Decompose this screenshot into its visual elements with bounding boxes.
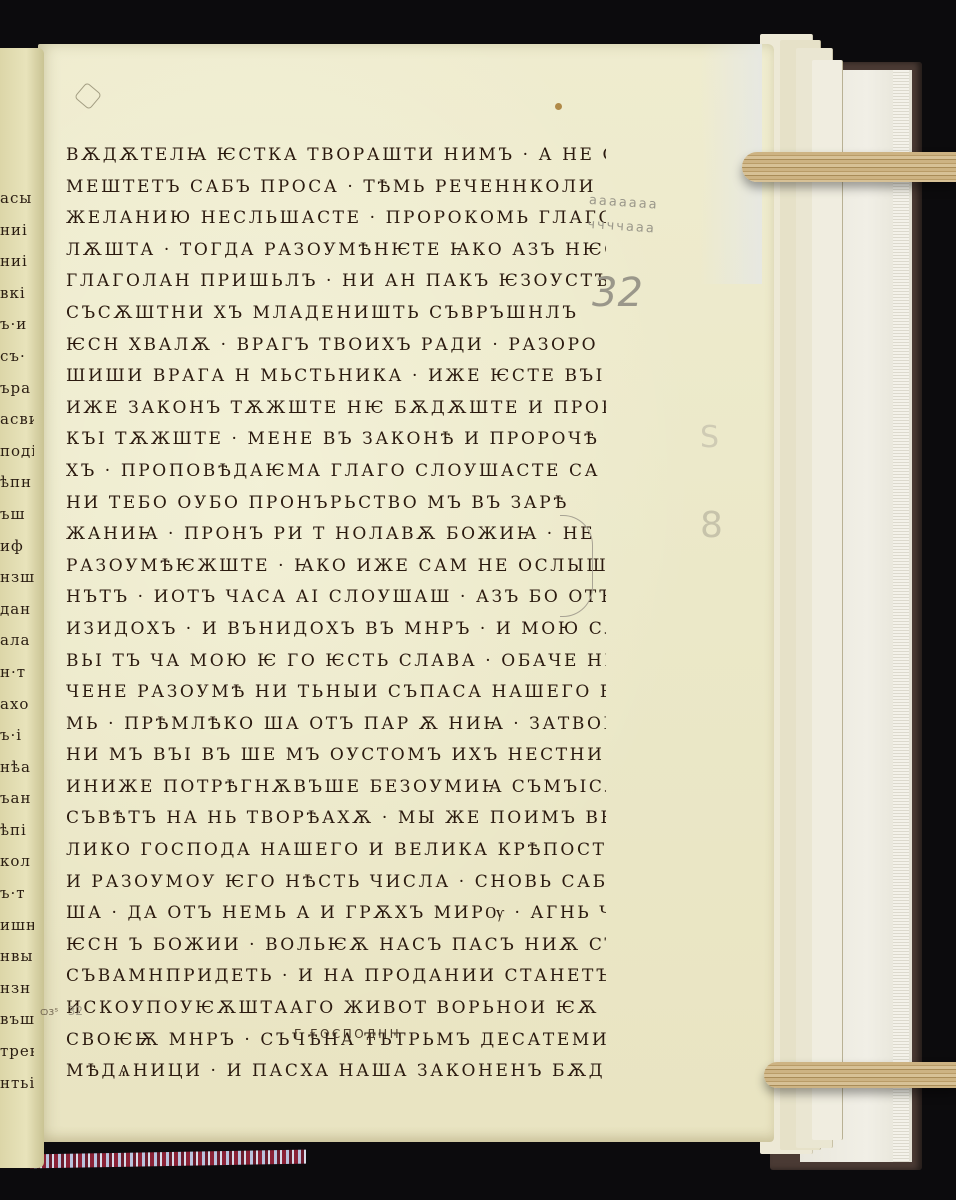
wooden-rod-bottom	[764, 1062, 956, 1088]
text-line: ни мъ въі въ ше мъ оустомъ ихъ нестни ѥѫ…	[66, 740, 606, 772]
marginal-ornament-drawing	[560, 515, 593, 617]
left-page-verso: асы ниі ниі вкі ъ·и съ· ъра асви поді ѣп…	[0, 48, 44, 1168]
text-line: хъ · проповѣдаѥма глаго слоушасте са ·	[66, 456, 606, 488]
text-line: ни тебо оубо пронърьство мъ въ зарѣ	[66, 488, 606, 520]
text-line: къі тѫжште · мене въ законѣ и пророчѣ	[66, 424, 606, 456]
wooden-rod-top	[742, 152, 956, 182]
ink-spot	[555, 103, 562, 110]
text-line: разоумѣѥжште · ꙗко иже сам не ослыша	[66, 551, 606, 583]
pencil-page-number: 32	[68, 1004, 83, 1018]
text-line: лико господа нашего и велика крѣпость ѥг…	[66, 835, 606, 867]
text-line: ѥсн хвалѫ · врагъ твоихъ ради · разоро	[66, 330, 606, 362]
text-line: желанию несльшасте · пророкомь глаго	[66, 203, 606, 235]
left-page-text: асы ниі ниі вкі ъ·и съ· ъра асви поді ѣп…	[0, 183, 34, 1099]
text-line: лѫшта · тогда разоумѣнѥте ꙗко азъ нѥсмъ	[66, 235, 606, 267]
text-line: чене разоумѣ ни тьныи съпаса нашего бого	[66, 677, 606, 709]
leaf-edge	[812, 60, 843, 1140]
pencil-marginal-note: ааааааа ччччааа	[586, 189, 679, 243]
catchword: г господнн	[294, 1027, 401, 1041]
pencil-folio-number: 32	[592, 270, 643, 316]
text-line: жаниꙗ · пронъ ри т нолавѫ божиꙗ · не	[66, 519, 606, 551]
page-block-edge	[893, 70, 909, 1162]
ink-quire-number: ѻзˢ	[40, 1005, 58, 1018]
text-line: ѥсн ъ божии · вольѥѫ насъ пасъ ниѫ страс…	[66, 930, 606, 962]
text-line: вьі тъ ча мою ѥ го ѥсть слава · обаче ни…	[66, 646, 606, 678]
text-line: иниже потрѣгнѫвъше безоумиꙗ съмъісла ·	[66, 772, 606, 804]
faint-margin-mark: S	[700, 420, 719, 455]
text-line: мь · прѣмлѣко ша отъ пар ѫ ниꙗ · затворе	[66, 709, 606, 741]
manuscript-main-text: вѫдѫтелꙗ ѥстка творашти нимъ · а не отъ …	[66, 140, 606, 1088]
text-line: глаголан пришьлъ · ни ан пакъ ѥзоустъ	[66, 266, 606, 298]
text-line: вѫдѫтелꙗ ѥстка творашти нимъ · а не отъ	[66, 140, 606, 172]
text-line: нътъ · иотъ часа аі слоушаш · азъ бо отъ…	[66, 582, 606, 614]
faint-margin-mark: 8	[700, 505, 723, 546]
text-line: съвѣтъ на нь творѣахѫ · мы же поимъ ве	[66, 803, 606, 835]
text-line: искоупоуѥѫштааго живот ворьнои ѥѫ кръвиѭ	[66, 993, 606, 1025]
text-line: съвамнпридеть · и на продании станетъ ·	[66, 961, 606, 993]
text-line: съсѫштни хъ младеништь съвръшнлъ	[66, 298, 606, 330]
text-line: мештетъ сабъ проса · тѣмь реченнколи	[66, 172, 606, 204]
bottom-folio-mark: ѻзˢ 32	[40, 1004, 83, 1018]
text-line: изидохъ · и вънидохъ въ мнръ · и мою сла	[66, 614, 606, 646]
text-line: ша · да отъ немь а и грѫхъ мирѹ · агнь ч…	[66, 898, 606, 930]
text-line: мѣдѧници · и пасха наша законенъ бѫдетъ	[66, 1056, 606, 1088]
text-line: и разоумоу ѥго нѣсть числа · сновь сабъі	[66, 867, 606, 899]
text-line: шиши врага н мьстьника · иже ѥсте въі	[66, 361, 606, 393]
text-line: иже законъ тѫжште нѥ бѫдѫште и проро	[66, 393, 606, 425]
